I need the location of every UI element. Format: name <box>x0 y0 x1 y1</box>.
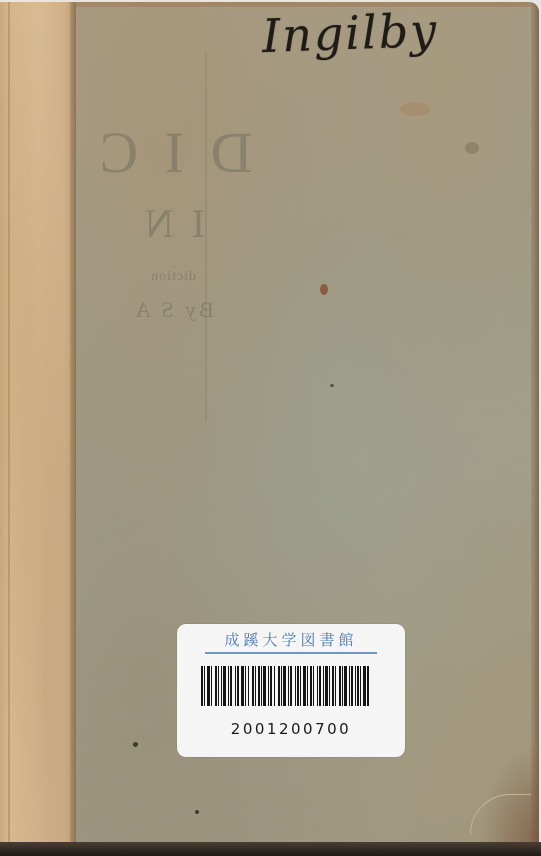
stain-spot <box>320 284 328 295</box>
library-barcode-label: 成蹊大学図書館 2001200700 <box>177 624 405 757</box>
spine-fold-line <box>8 2 10 847</box>
scan-bottom-shadow <box>0 842 541 856</box>
label-divider <box>205 652 377 654</box>
stain-spot <box>400 102 430 116</box>
barcode-number: 2001200700 <box>177 720 405 738</box>
stain-spot <box>330 384 334 387</box>
stain-spot <box>465 142 479 154</box>
handwritten-owner-signature: Ingilby <box>261 3 439 63</box>
board-top-edge <box>76 2 539 7</box>
board-fore-edge <box>531 2 539 847</box>
book-spine <box>0 2 76 847</box>
photo-scene: D I C I N diction By S A Ingilby 成蹊大学図書館 <box>0 0 541 856</box>
stain-spot <box>133 742 138 747</box>
stain-spot <box>195 810 199 814</box>
book-cover: D I C I N diction By S A Ingilby 成蹊大学図書館 <box>0 2 539 847</box>
bleed-through-rule <box>205 52 207 422</box>
barcode-icon <box>201 666 383 706</box>
library-name: 成蹊大学図書館 <box>177 629 405 650</box>
